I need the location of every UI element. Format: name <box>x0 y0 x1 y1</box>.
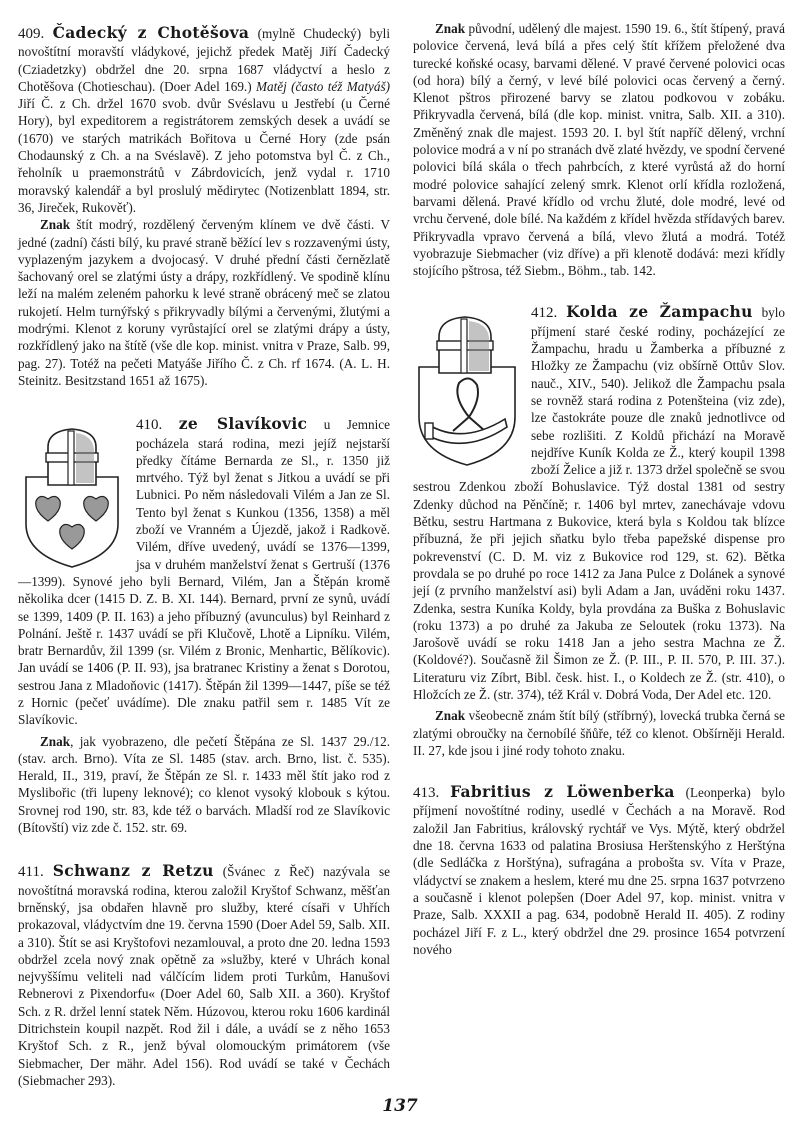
left-column: 409. Čadecký z Chotěšova (mylně Chudecký… <box>18 24 390 1089</box>
arms-text: štít modrý, rozdělený červeným klínem ve… <box>18 217 390 388</box>
entry-411-arms: Znak původní, udělený dle majest. 1590 1… <box>413 20 785 279</box>
entry-412-intro: 412. Kolda ze Žampachu <box>413 303 785 703</box>
arms-text: , jak vyobrazeno, dle pečetí Štěpána ze … <box>18 734 390 835</box>
entry-text: (Švánec z Řeč) nazývala se novoštítná mo… <box>18 864 390 1088</box>
entry-text: (Leonperka) bylo příjmení novoštítné rod… <box>413 785 785 957</box>
entry-411-intro: 411. Schwanz z Retzu (Švánec z Řeč) nazý… <box>18 862 390 1089</box>
book-page: 409. Čadecký z Chotěšova (mylně Chudecký… <box>0 0 800 1139</box>
page-number: 137 <box>0 1096 800 1116</box>
entry-heading: Schwanz z Retzu <box>53 861 214 880</box>
entry-heading: Kolda ze Žampachu <box>566 302 753 321</box>
entry-heading: Fabritius z Löwenberka <box>450 782 675 801</box>
entry-text: Jiří Č. z Ch. držel 1670 svob. dvůr Svés… <box>18 96 390 215</box>
entry-409-arms: Znak štít modrý, rozdělený červeným klín… <box>18 216 390 389</box>
arms-keyword: Znak <box>40 217 70 232</box>
coat-of-arms-412-icon <box>413 307 521 467</box>
entry-heading: ze Slavíkovic <box>179 414 308 433</box>
entry-410-arms: Znak, jak vyobrazeno, dle pečetí Štěpána… <box>18 733 390 837</box>
arms-keyword: Znak <box>435 21 465 36</box>
arms-keyword: Znak <box>40 734 70 749</box>
right-column: Znak původní, udělený dle majest. 1590 1… <box>413 20 785 958</box>
entry-number: 410. <box>136 417 162 433</box>
arms-text: původní, udělený dle majest. 1590 19. 6.… <box>413 21 785 278</box>
entry-heading: Čadecký z Chotěšova <box>53 23 250 42</box>
entry-413: 413. Fabritius z Löwenberka (Leonperka) … <box>413 783 785 958</box>
arms-keyword: Znak <box>435 708 465 723</box>
entry-410-intro: 410. ze Slavíkovic <box>18 415 390 728</box>
entry-411-continued: Znak původní, udělený dle majest. 1590 1… <box>413 20 785 279</box>
entry-412: 412. Kolda ze Žampachu <box>413 303 785 759</box>
entry-412-arms: Znak všeobecně znám štít bílý (stříbrný)… <box>413 707 785 759</box>
entry-409: 409. Čadecký z Chotěšova (mylně Chudecký… <box>18 24 390 389</box>
coat-of-arms-410-icon <box>18 419 126 569</box>
entry-411: 411. Schwanz z Retzu (Švánec z Řeč) nazý… <box>18 862 390 1089</box>
arms-text: všeobecně znám štít bílý (stříbrný), lov… <box>413 708 785 758</box>
entry-413-intro: 413. Fabritius z Löwenberka (Leonperka) … <box>413 783 785 958</box>
entry-number: 413. <box>413 785 439 801</box>
entry-text-italic: Matěj (často též Matyáš) <box>256 79 390 94</box>
entry-number: 411. <box>18 864 44 880</box>
entry-410: 410. ze Slavíkovic <box>18 415 390 836</box>
entry-number: 412. <box>531 305 557 321</box>
entry-number: 409. <box>18 26 44 42</box>
entry-409-intro: 409. Čadecký z Chotěšova (mylně Chudecký… <box>18 24 390 216</box>
